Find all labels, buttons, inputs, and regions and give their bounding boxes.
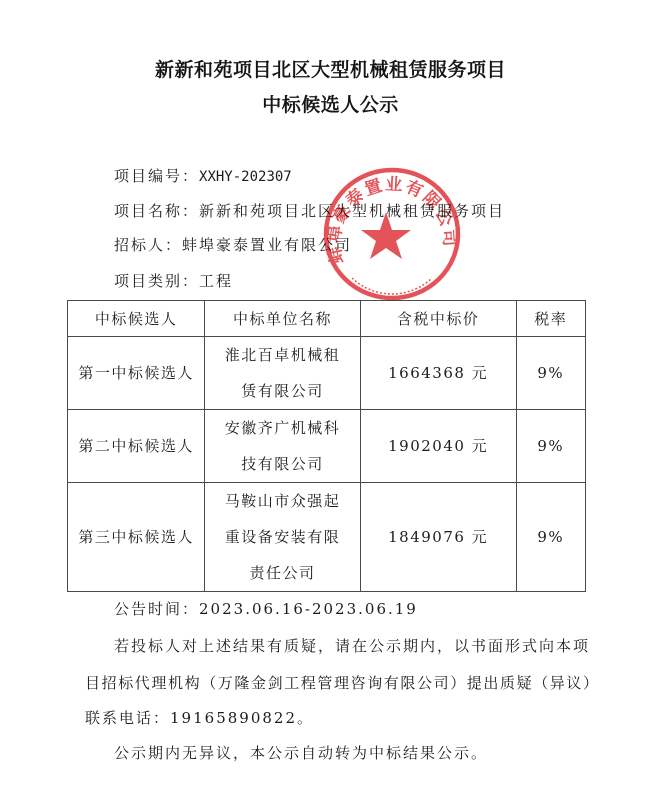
cell-price: 1664368 元 bbox=[360, 337, 516, 410]
project-number-label: 项目编号： bbox=[114, 167, 199, 185]
cell-tax-rate: 9% bbox=[516, 337, 585, 410]
contact-phone: 联系电话：19165890822。 bbox=[85, 707, 314, 728]
table-row: 第一中标候选人 淮北百卓机械租赁有限公司 1664368 元 9% bbox=[68, 337, 586, 410]
cell-rank: 第一中标候选人 bbox=[68, 337, 205, 410]
cell-rank: 第三中标候选人 bbox=[68, 483, 205, 592]
company-name: 淮北百卓机械租赁有限公司 bbox=[222, 337, 342, 409]
tenderer-line: 招标人：蚌埠豪泰置业有限公司 bbox=[114, 234, 352, 255]
tenderer-value: 蚌埠豪泰置业有限公司 bbox=[182, 236, 352, 254]
document-title: 新新和苑项目北区大型机械租赁服务项目 bbox=[0, 55, 661, 82]
cell-price: 1902040 元 bbox=[360, 410, 516, 483]
objection-text-line1: 若投标人对上述结果有质疑，请在公示期内，以书面形式向本项 bbox=[114, 635, 590, 656]
project-name-line: 项目名称：新新和苑项目北区大型机械租赁服务项目 bbox=[114, 200, 505, 221]
cell-company: 马鞍山市众强起重设备安装有限责任公司 bbox=[205, 483, 360, 592]
cell-company: 安徽齐广机械科技有限公司 bbox=[205, 410, 360, 483]
project-category-value: 工程 bbox=[199, 272, 233, 290]
header-company: 中标单位名称 bbox=[205, 301, 360, 337]
cell-tax-rate: 9% bbox=[516, 410, 585, 483]
table-header-row: 中标候选人 中标单位名称 含税中标价 税率 bbox=[68, 301, 586, 337]
candidates-table: 中标候选人 中标单位名称 含税中标价 税率 第一中标候选人 淮北百卓机械租赁有限… bbox=[67, 300, 586, 592]
contact-phone-value: 19165890822。 bbox=[170, 709, 314, 727]
company-name: 马鞍山市众强起重设备安装有限责任公司 bbox=[222, 483, 342, 591]
cell-rank: 第二中标候选人 bbox=[68, 410, 205, 483]
announcement-time-label: 公告时间： bbox=[114, 600, 199, 618]
table-row: 第三中标候选人 马鞍山市众强起重设备安装有限责任公司 1849076 元 9% bbox=[68, 483, 586, 592]
cell-tax-rate: 9% bbox=[516, 483, 585, 592]
table-row: 第二中标候选人 安徽齐广机械科技有限公司 1902040 元 9% bbox=[68, 410, 586, 483]
company-name: 安徽齐广机械科技有限公司 bbox=[222, 410, 342, 482]
objection-text-line2: 目招标代理机构（万隆金剑工程管理咨询有限公司）提出质疑（异议） bbox=[85, 672, 600, 693]
header-candidate: 中标候选人 bbox=[68, 301, 205, 337]
cell-price: 1849076 元 bbox=[360, 483, 516, 592]
document-subtitle: 中标候选人公示 bbox=[0, 90, 661, 117]
header-price: 含税中标价 bbox=[360, 301, 516, 337]
project-category-line: 项目类别：工程 bbox=[114, 270, 233, 291]
contact-phone-label: 联系电话： bbox=[85, 709, 170, 727]
announcement-time-value: 2023.06.16-2023.06.19 bbox=[199, 600, 418, 618]
project-name-label: 项目名称： bbox=[114, 202, 199, 220]
cell-company: 淮北百卓机械租赁有限公司 bbox=[205, 337, 360, 410]
project-number-line: 项目编号：XXHY-202307 bbox=[114, 165, 292, 186]
header-tax-rate: 税率 bbox=[516, 301, 585, 337]
project-number-value: XXHY-202307 bbox=[199, 169, 292, 185]
announcement-time: 公告时间：2023.06.16-2023.06.19 bbox=[114, 598, 418, 619]
project-category-label: 项目类别： bbox=[114, 272, 199, 290]
tenderer-label: 招标人： bbox=[114, 236, 182, 254]
project-name-value: 新新和苑项目北区大型机械租赁服务项目 bbox=[199, 202, 505, 220]
auto-convert-note: 公示期内无异议，本公示自动转为中标结果公示。 bbox=[114, 742, 488, 763]
